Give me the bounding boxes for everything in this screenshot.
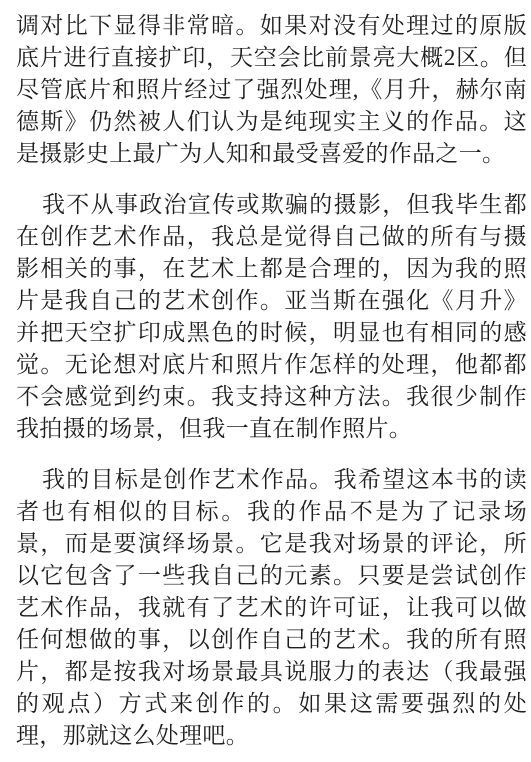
book-page: 调对比下显得非常暗。如果对没有处理过的原版底片进行直接扩印，天空会比前景亮大概2… [0, 0, 531, 762]
text-column: 调对比下显得非常暗。如果对没有处理过的原版底片进行直接扩印，天空会比前景亮大概2… [16, 10, 527, 752]
paragraph: 我的目标是创作艺术作品。我希望这本书的读者也有相似的目标。我的作品不是为了记录场… [16, 464, 527, 752]
paragraph: 调对比下显得非常暗。如果对没有处理过的原版底片进行直接扩印，天空会比前景亮大概2… [16, 10, 527, 170]
paragraph: 我不从事政治宣传或欺骗的摄影，但我毕生都在创作艺术作品，我总是觉得自己做的所有与… [16, 189, 527, 445]
